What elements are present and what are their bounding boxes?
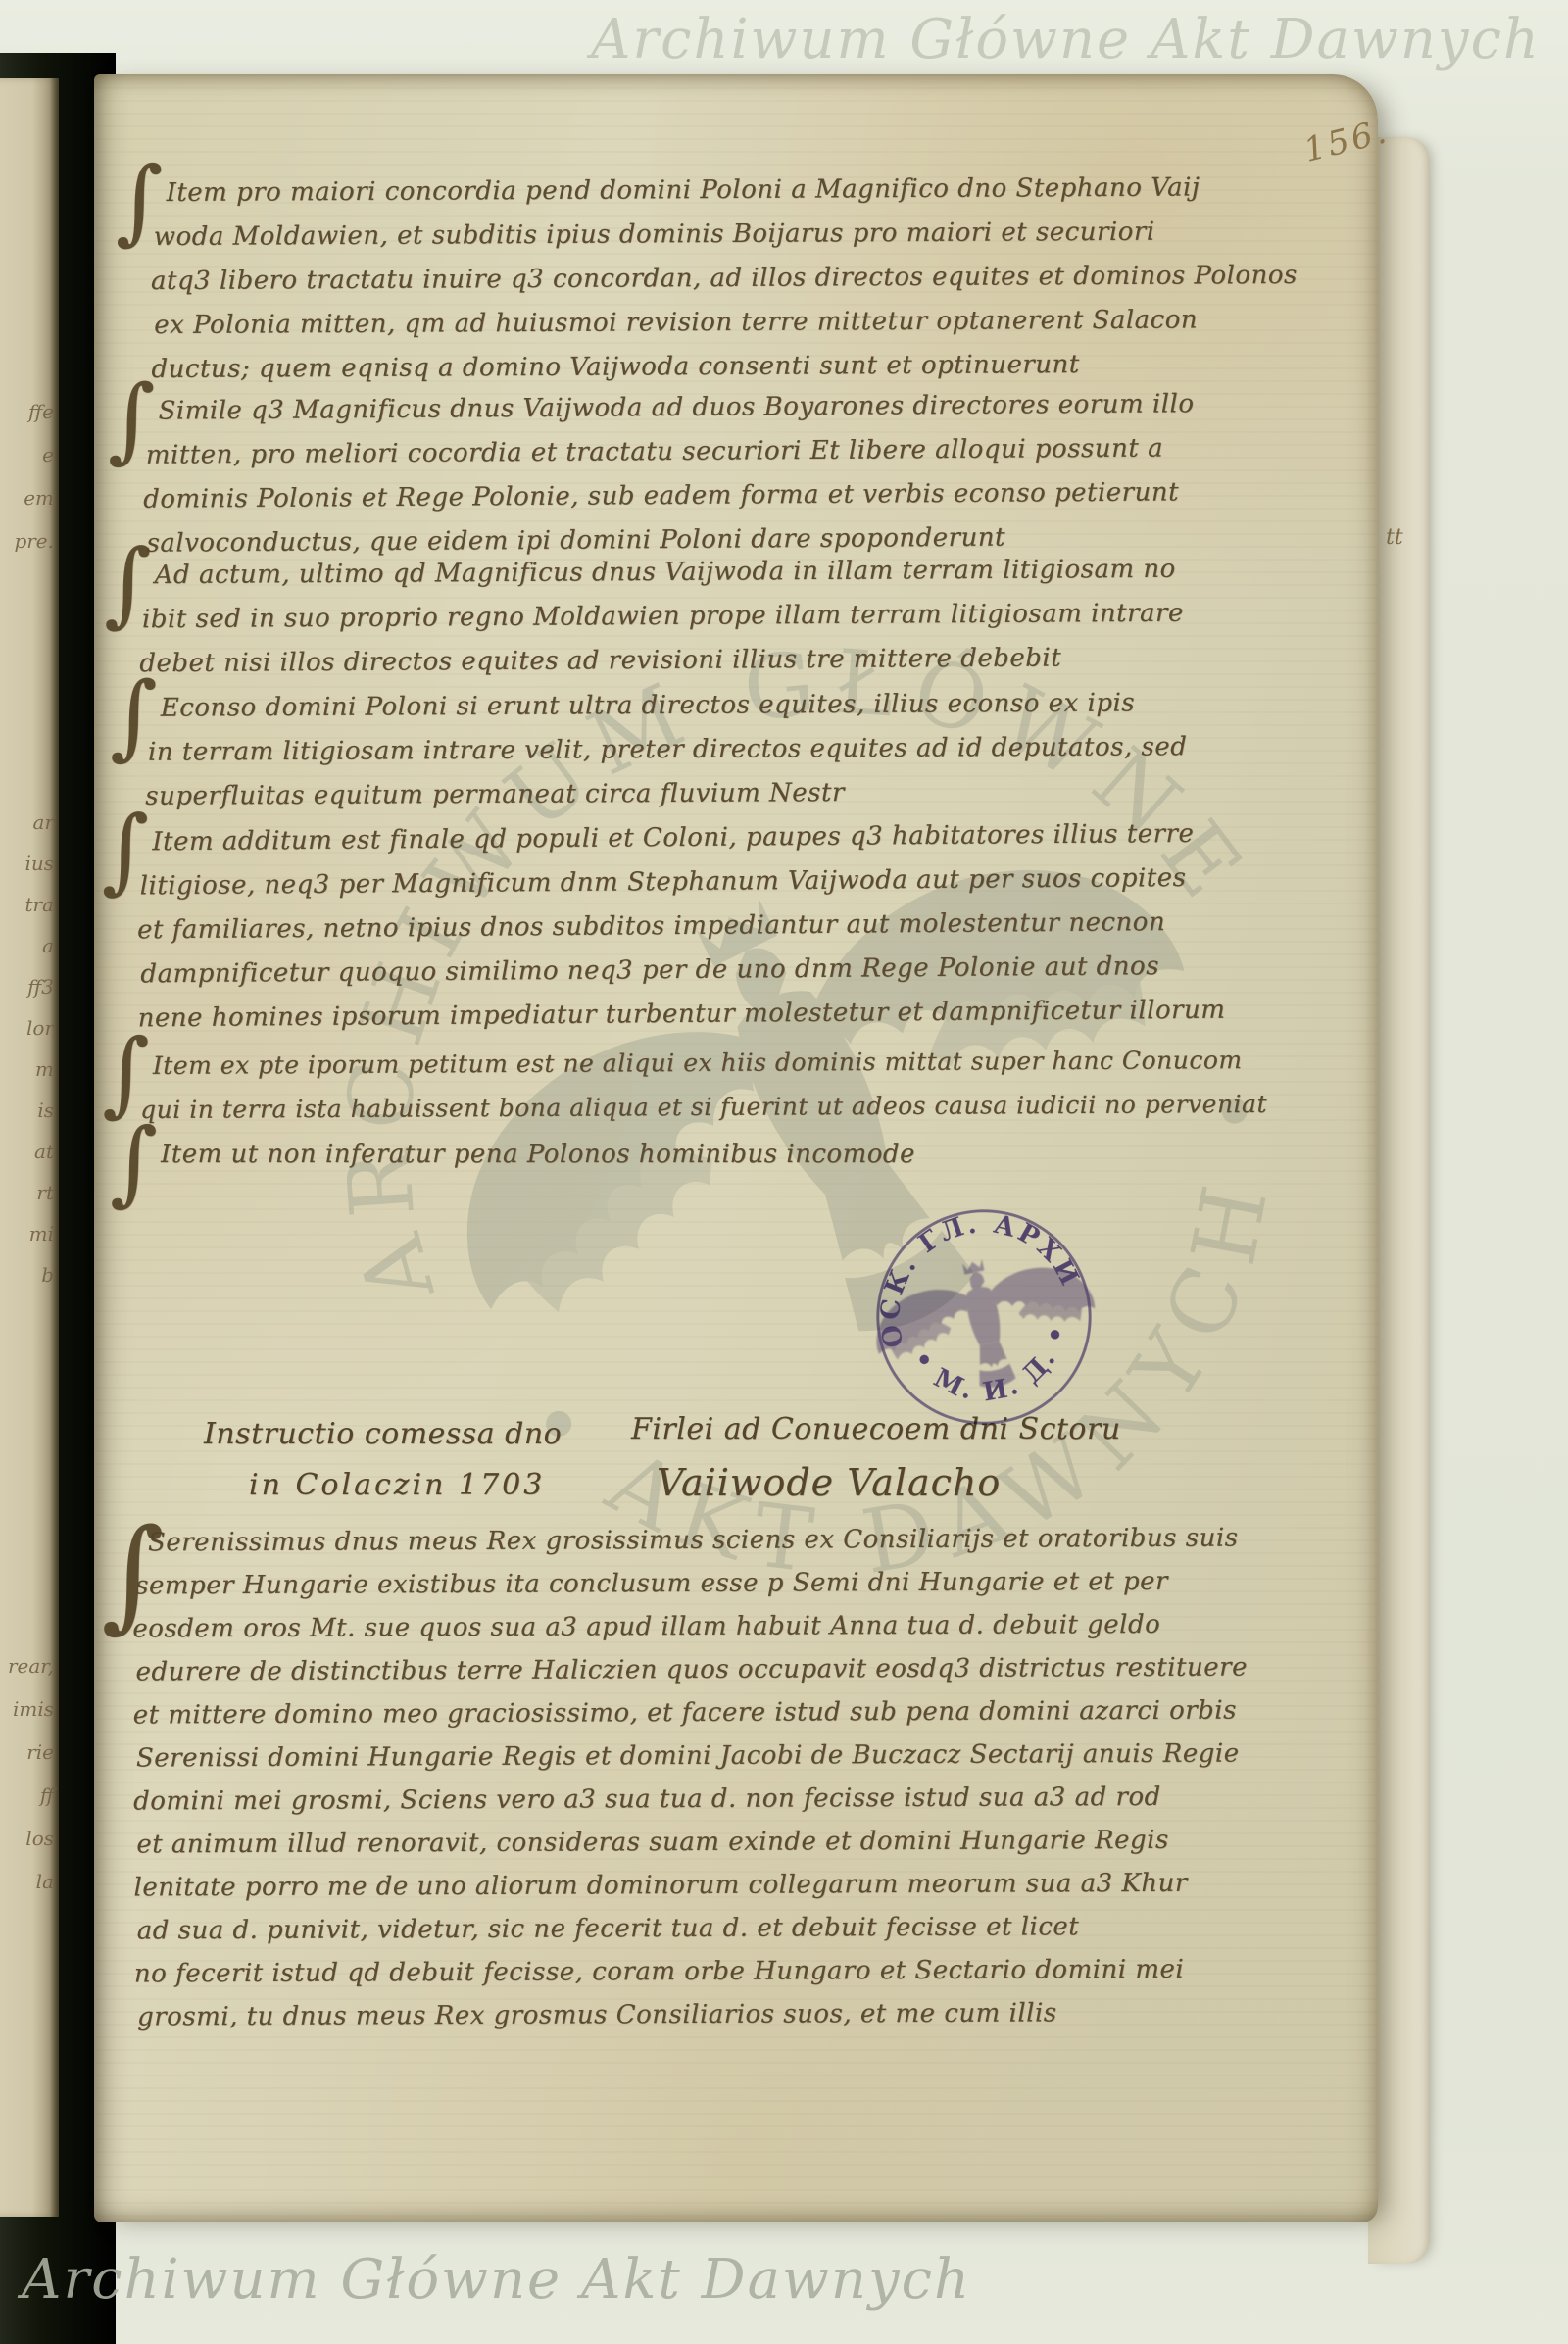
- previous-page-text-fragments: ffeeempre.: [14, 390, 54, 562]
- margin-note: tt: [1386, 525, 1403, 550]
- manuscript-line: qui in terra ista habuissent bona aliqua…: [140, 1082, 1267, 1132]
- manuscript-line: imis: [8, 1687, 54, 1731]
- manuscript-line: Vaiiwode Valacho: [657, 1456, 1121, 1509]
- manuscript-line: Item ex pte iporum petitum est ne aliqui…: [137, 1038, 1264, 1088]
- manuscript-line: no fecerit istud qd debuit fecisse, cora…: [134, 1948, 1247, 1996]
- manuscript-line: Simile q3 Magnificus dnus Vaijwoda ad du…: [142, 382, 1194, 433]
- manuscript-line: a: [24, 925, 54, 966]
- manuscript-line: litigiose, neq3 per Magnificum dnm Steph…: [139, 856, 1227, 909]
- manuscript-line: et animum illud renoravit, consideras su…: [136, 1819, 1249, 1867]
- paragraph-2: Simile q3 Magnificus dnus Vaijwoda ad du…: [142, 382, 1195, 565]
- manuscript-line: dampnificetur quoquo similimo neq3 per d…: [140, 945, 1228, 998]
- manuscript-line: superfluitas equitum permaneat circa flu…: [145, 769, 1185, 819]
- manuscript-line: ff: [8, 1774, 54, 1817]
- paragraph-3: Ad actum, ultimo qd Magnificus dnus Vaij…: [139, 548, 1182, 686]
- manuscript-line: pre.: [14, 519, 54, 562]
- section-heading-left: Instructio comessa dnoin Colaczin 1703: [204, 1409, 562, 1511]
- manuscript-line: ar: [24, 802, 54, 843]
- manuscript-line: in terram litigiosam intrare velit, pret…: [148, 725, 1188, 775]
- archive-watermark-bottom: Archiwum Główne Akt Dawnych: [22, 2248, 971, 2312]
- manuscript-line: ius: [24, 843, 54, 884]
- paragraph-5: Item additum est finale qd populi et Col…: [136, 812, 1225, 1042]
- manuscript-line: is: [24, 1090, 54, 1131]
- manuscript-line: Econso domini Poloni si erunt ultra dire…: [145, 681, 1185, 731]
- previous-page-text-fragments: rear,imisriefflosla: [8, 1644, 54, 1903]
- manuscript-line: nene homines ipsorum impediatur turbentu…: [138, 989, 1226, 1042]
- manuscript-line: Instructio comessa dno: [204, 1409, 562, 1460]
- manuscript-line: Ad actum, ultimo qd Magnificus dnus Vaij…: [139, 548, 1181, 598]
- manuscript-line: b: [24, 1254, 54, 1295]
- scanned-manuscript-view: { "scan": { "archive_watermark_top": "Ar…: [0, 0, 1568, 2344]
- manuscript-page: ARCHIWUM GŁÓWNE • AKT DAWNYCH • 156. Ite…: [94, 74, 1378, 2222]
- manuscript-line: mi: [24, 1213, 54, 1254]
- paragraph-4: Econso domini Poloni si erunt ultra dire…: [145, 681, 1185, 819]
- manuscript-line: et mittere domino meo graciosissimo, et …: [133, 1689, 1246, 1737]
- archive-watermark-top: Archiwum Główne Akt Dawnych: [0, 8, 1541, 72]
- manuscript-line: Serenissi domini Hungarie Regis et domin…: [136, 1733, 1249, 1781]
- manuscript-line: ibit sed in suo proprio regno Moldawien …: [142, 592, 1184, 642]
- manuscript-line: la: [8, 1860, 54, 1903]
- manuscript-line: m: [24, 1049, 54, 1090]
- manuscript-line: ex Polonia mitten, qm ad huiusmoi revisi…: [154, 298, 1300, 348]
- paragraph-8: Serenissimus dnus meus Rex grosissimus s…: [132, 1517, 1247, 2039]
- manuscript-line: rear,: [8, 1644, 54, 1687]
- manuscript-line: edurere de distinctibus terre Haliczien …: [135, 1646, 1248, 1694]
- manuscript-line: Serenissimus dnus meus Rex grosissimus s…: [132, 1517, 1245, 1565]
- manuscript-line: rie: [8, 1731, 54, 1774]
- previous-page-text-fragments: ariustraaff3lormisatrtmib: [24, 802, 54, 1295]
- manuscript-line: eosdem oros Mt. sue quos sua a3 apud ill…: [132, 1603, 1245, 1651]
- previous-page-edge: ffeeempre. ariustraaff3lormisatrtmib rea…: [0, 78, 59, 2217]
- manuscript-line: e: [14, 433, 54, 476]
- manuscript-line: em: [14, 476, 54, 519]
- paragraph-7: Item ut non inferatur pena Polonos homin…: [145, 1133, 915, 1177]
- manuscript-line: Item ut non inferatur pena Polonos homin…: [145, 1133, 915, 1177]
- manuscript-line: woda Moldawien, et subditis ipius domini…: [154, 210, 1300, 260]
- manuscript-line: ffe: [14, 390, 54, 433]
- manuscript-line: mitten, pro meliori cocordia et tractatu…: [146, 426, 1198, 477]
- manuscript-line: rt: [24, 1172, 54, 1213]
- manuscript-line: tra: [24, 884, 54, 925]
- manuscript-line: grosmi, tu dnus meus Rex grosmus Consili…: [137, 1991, 1249, 2039]
- manuscript-line: ff3: [24, 966, 54, 1007]
- manuscript-line: domini mei grosmi, Sciens vero a3 sua tu…: [133, 1776, 1246, 1824]
- manuscript-line: los: [8, 1817, 54, 1860]
- manuscript-line: in Colaczin 1703: [249, 1460, 562, 1511]
- manuscript-line: Item pro maiori concordia pend domini Po…: [150, 166, 1297, 216]
- manuscript-line: at: [24, 1131, 54, 1172]
- manuscript-line: atq3 libero tractatu inuire q3 concordan…: [151, 254, 1298, 304]
- manuscript-line: debet nisi illos directos equites ad rev…: [139, 636, 1181, 686]
- archive-ink-stamp: МОСК. ГЛ. АРХИВЪ • М. И. Д. •: [847, 1180, 1121, 1454]
- manuscript-line: ad sua d. punivit, videtur, sic ne fecer…: [137, 1905, 1249, 1953]
- paragraph-1: Item pro maiori concordia pend domini Po…: [150, 166, 1298, 392]
- paragraph-6: Item ex pte iporum petitum est ne aliqui…: [137, 1038, 1264, 1132]
- manuscript-line: dominis Polonis et Rege Polonie, sub ead…: [143, 470, 1195, 521]
- manuscript-line: lenitate porro me de uno aliorum dominor…: [133, 1862, 1246, 1910]
- manuscript-line: lor: [24, 1007, 54, 1049]
- manuscript-line: semper Hungarie existibus ita conclusum …: [135, 1560, 1248, 1608]
